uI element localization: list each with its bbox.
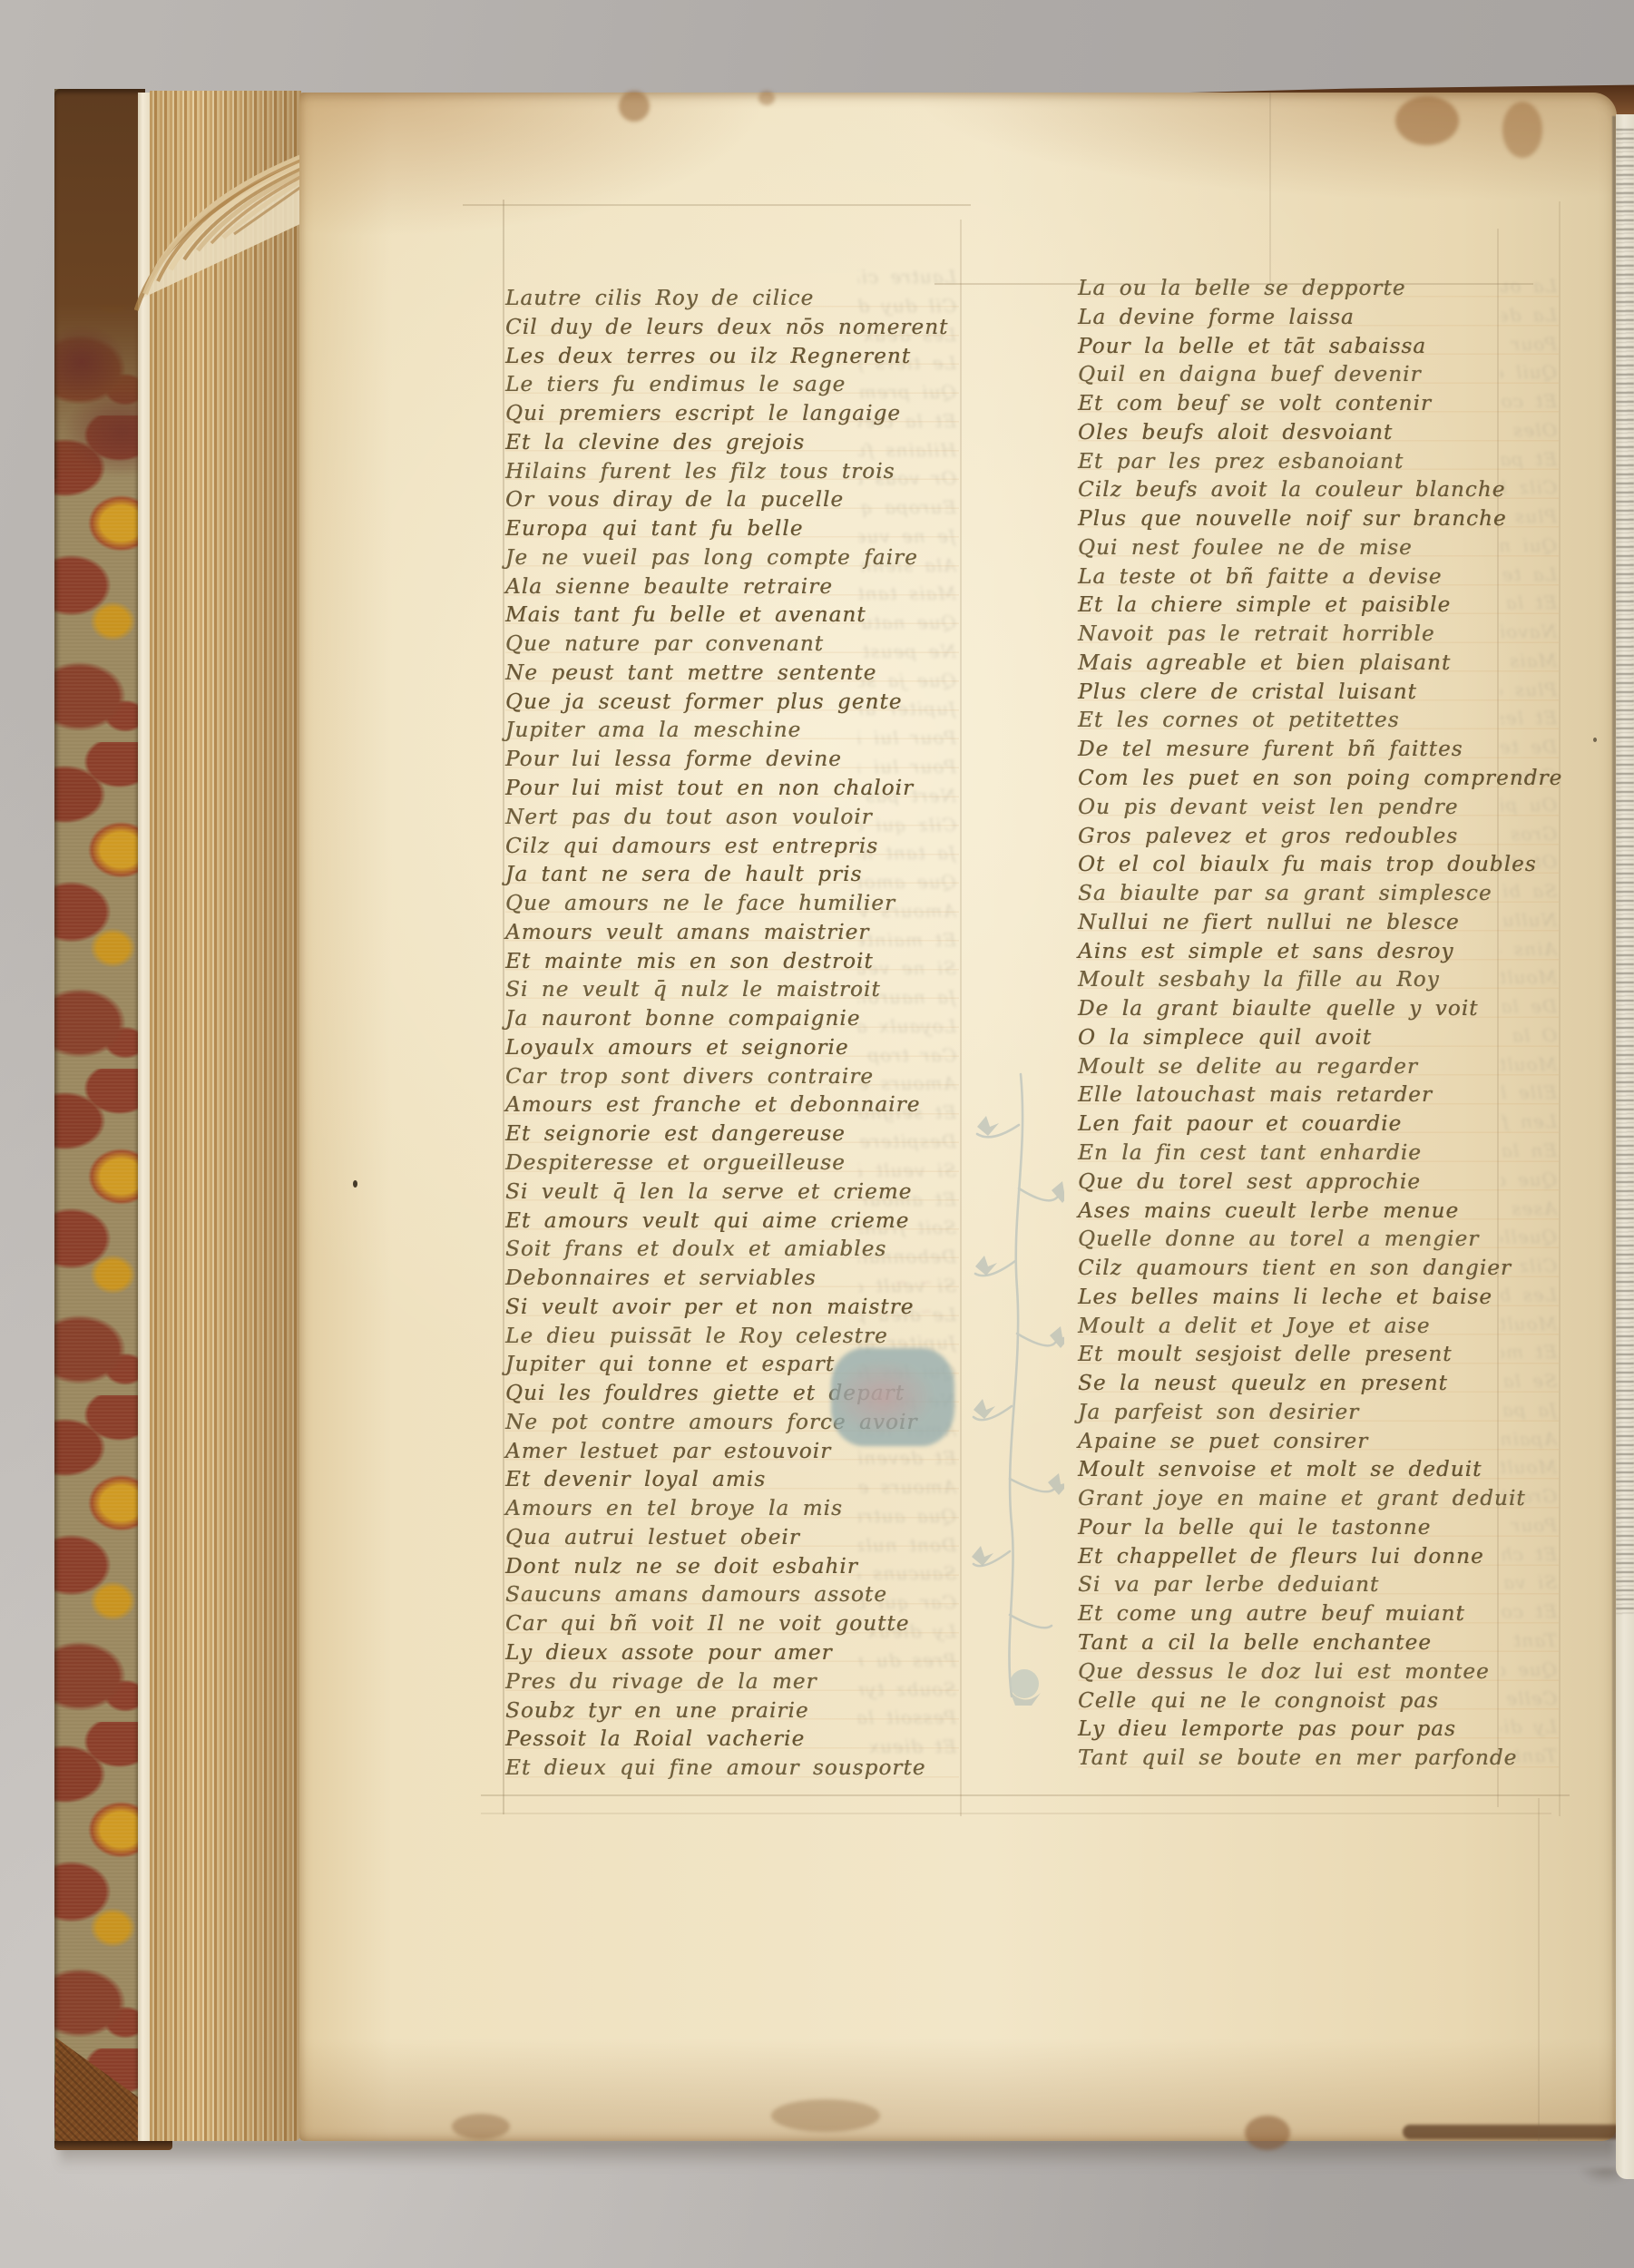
verse-line: Le tiers fu endimus le sage: [505, 371, 959, 400]
verse-line: Et moult sesjoist delle present: [1078, 1341, 1559, 1370]
verse-line: Pessoit la Roial vacherie: [505, 1725, 959, 1755]
verse-line: Despiteresse et orgueilleuse: [505, 1149, 959, 1178]
page-crease: [1269, 93, 1271, 283]
dark-speck: [353, 1180, 357, 1188]
verse-line: Saucuns amans damours assote: [505, 1581, 959, 1610]
verse-line: Si veult q̄ len la serve et crieme: [505, 1178, 959, 1207]
verse-line: Et la clevine des grejois: [505, 429, 959, 458]
verse-line: Ly dieu lemporte pas pour pas: [1078, 1716, 1559, 1745]
endpaper-edge: [138, 93, 150, 2141]
verse-line: La devine forme laissa: [1078, 304, 1559, 333]
page-crease: [1538, 1798, 1540, 2141]
right-text-column: La ou la belle se depporteLa devine form…: [1078, 275, 1559, 1774]
ruling-horizontal-bottom-2: [481, 1813, 1551, 1814]
verse-line: La teste ot bñ faitte a devise: [1078, 563, 1559, 592]
top-edge-stain: [619, 91, 650, 122]
verse-line: Cil duy de leurs deux nōs nomerent: [505, 314, 959, 343]
verse-line: Loyaulx amours et seignorie: [505, 1034, 959, 1063]
bottom-edge-stain: [1245, 2116, 1290, 2150]
verse-line: Que ja sceust former plus gente: [505, 689, 959, 718]
top-right-stain: [1502, 102, 1542, 158]
verse-line: Quil en daigna buef devenir: [1078, 361, 1559, 390]
ruling-vertical-margin: [1559, 201, 1561, 1816]
ruling-horizontal-bottom: [481, 1794, 1570, 1796]
verse-line: Quelle donne au torel a mengier: [1078, 1226, 1559, 1255]
leather-corner-top: [54, 89, 145, 479]
verse-line: La ou la belle se depporte: [1078, 275, 1559, 304]
adjacent-folio-edge: [1616, 114, 1634, 2179]
verse-line: Cilz qui damours est entrepris: [505, 833, 959, 862]
verse-line: Plus que nouvelle noif sur branche: [1078, 505, 1559, 534]
ruling-vertical-left: [503, 200, 504, 1814]
verse-line: Pres du rivage de la mer: [505, 1668, 959, 1697]
verse-line: Ly dieux assote pour amer: [505, 1639, 959, 1668]
left-text-column: Lautre cilis Roy de ciliceCil duy de leu…: [505, 285, 959, 1784]
verse-line: Pour lui lessa forme devine: [505, 746, 959, 775]
verse-line: Et les cornes ot petitettes: [1078, 707, 1559, 736]
verse-line: Les belles mains li leche et baise: [1078, 1284, 1559, 1313]
verse-line: Qui nest foulee ne de mise: [1078, 534, 1559, 563]
verse-line: Nert pas du tout ason vouloir: [505, 804, 959, 833]
book-drop-shadow: [60, 2137, 1617, 2168]
verse-line: Amours est franche et debonnaire: [505, 1091, 959, 1120]
verse-line: Jupiter ama la meschine: [505, 717, 959, 746]
verse-line: Qui premiers escript le langaige: [505, 400, 959, 429]
verse-line: Je ne vueil pas long compte faire: [505, 544, 959, 573]
top-right-stain: [1395, 96, 1459, 145]
verse-line: Si veult avoir per et non maistre: [505, 1294, 959, 1323]
verse-line: Celle qui ne le congnoist pas: [1078, 1687, 1559, 1716]
verse-line: Et seignorie est dangereuse: [505, 1120, 959, 1149]
verse-line: Mais agreable et bien plaisant: [1078, 650, 1559, 679]
verse-line: Mais tant fu belle et avenant: [505, 601, 959, 631]
ruling-vertical-intercolumn: [960, 220, 962, 1816]
verse-line: Ja parfeist son desirier: [1078, 1399, 1559, 1428]
verse-line: Sa biaulte par sa grant simplesce: [1078, 880, 1559, 909]
foliate-sprig-sketch: [964, 1070, 1064, 1715]
verse-line: Soit frans et doulx et amiables: [505, 1236, 959, 1265]
verse-line: Et amours veult qui aime crieme: [505, 1207, 959, 1237]
verse-line: Tant quil se boute en mer parfonde: [1078, 1745, 1559, 1774]
verse-line: Cilz quamours tient en son dangier: [1078, 1255, 1559, 1284]
verse-line: Europa qui tant fu belle: [505, 515, 959, 544]
verse-line: Lautre cilis Roy de cilice: [505, 285, 959, 314]
verse-line: Et la chiere simple et paisible: [1078, 591, 1559, 621]
verse-line: Car trop sont divers contraire: [505, 1063, 959, 1092]
verse-line: Grant joye en maine et grant deduit: [1078, 1485, 1559, 1514]
verse-line: Oles beufs aloit desvoiant: [1078, 419, 1559, 448]
verse-line: Hilains furent les filz tous trois: [505, 458, 959, 487]
verse-line: Ot el col biaulx fu mais trop doubles: [1078, 851, 1559, 880]
verse-line: Et mainte mis en son destroit: [505, 948, 959, 977]
verse-line: Nullui ne fiert nullui ne blesce: [1078, 909, 1559, 938]
adjacent-folio-text-blur: [1616, 129, 1634, 1617]
verse-line: Ja tant ne sera de hault pris: [505, 861, 959, 890]
verse-line: Ja nauront bonne compaignie: [505, 1005, 959, 1034]
verse-line: Amours en tel broye la mis: [505, 1495, 959, 1524]
verse-line: Ou pis devant veist len pendre: [1078, 794, 1559, 823]
manuscript-page: Lautre cilis Roy de ciliceCil duy de leu…: [299, 93, 1617, 2141]
verse-line: Cilz beufs avoit la couleur blanche: [1078, 476, 1559, 505]
verse-line: Moult se delite au regarder: [1078, 1053, 1559, 1082]
ruling-horizontal-top-left: [463, 204, 971, 206]
ink-stain-blue-rose: [831, 1348, 954, 1446]
verse-line: Len fait paour et couardie: [1078, 1110, 1559, 1139]
verse-line: De tel mesure furent bñ faittes: [1078, 736, 1559, 765]
verse-line: Apaine se puet consirer: [1078, 1428, 1559, 1457]
stacked-page-edges: [150, 91, 301, 2141]
verse-line: Gros palevez et gros redoubles: [1078, 823, 1559, 852]
cover-bottom-edge: [54, 2141, 172, 2150]
verse-line: Ala sienne beaulte retraire: [505, 573, 959, 602]
verse-line: Et dieux qui fine amour sousporte: [505, 1755, 959, 1784]
verse-line: O la simplece quil avoit: [1078, 1024, 1559, 1053]
verse-line: Moult a delit et Joye et aise: [1078, 1313, 1559, 1342]
verse-line: Et par les prez esbanoiant: [1078, 448, 1559, 477]
verse-line: Dont nulz ne se doit esbahir: [505, 1553, 959, 1582]
verse-line: Et come ung autre beuf muiant: [1078, 1600, 1559, 1629]
bottom-edge-stain: [771, 2099, 880, 2132]
verse-line: Tant a cil la belle enchantee: [1078, 1629, 1559, 1658]
verse-line: Ne peust tant mettre sentente: [505, 660, 959, 689]
verse-line: Se la neust queulz en present: [1078, 1370, 1559, 1399]
verse-line: Que du torel sest approchie: [1078, 1168, 1559, 1198]
bottom-edge-stain: [452, 2114, 510, 2139]
verse-line: Et devenir loyal amis: [505, 1466, 959, 1495]
verse-line: Le dieu puissāt le Roy celestre: [505, 1323, 959, 1352]
verse-line: Or vous diray de la pucelle: [505, 486, 959, 515]
verse-line: Soubz tyr en une prairie: [505, 1697, 959, 1726]
verse-line: Qua autrui lestuet obeir: [505, 1524, 959, 1553]
verse-line: Car qui bñ voit Il ne voit goutte: [505, 1610, 959, 1639]
top-edge-stain: [758, 91, 775, 105]
verse-line: Elle latouchast mais retarder: [1078, 1081, 1559, 1110]
dark-speck-small: [1593, 738, 1597, 742]
bottom-edge-dark-strip: [1403, 2125, 1634, 2139]
verse-line: En la fin cest tant enhardie: [1078, 1139, 1559, 1168]
verse-line: Ases mains cueult lerbe menue: [1078, 1198, 1559, 1227]
verse-line: Moult senvoise et molt se deduit: [1078, 1456, 1559, 1485]
verse-line: Com les puet en son poing comprendre: [1078, 765, 1559, 794]
verse-line: De la grant biaulte quelle y voit: [1078, 995, 1559, 1024]
verse-line: Amours veult amans maistrier: [505, 919, 959, 948]
verse-line: Ains est simple et sans desroy: [1078, 938, 1559, 967]
verse-line: Que amours ne le face humilier: [505, 890, 959, 919]
verse-line: Pour lui mist tout en non chaloir: [505, 775, 959, 804]
verse-line: Navoit pas le retrait horrible: [1078, 621, 1559, 650]
verse-line: Que nature par convenant: [505, 631, 959, 660]
verse-line: Pour la belle et tāt sabaissa: [1078, 333, 1559, 362]
verse-line: Debonnaires et serviables: [505, 1265, 959, 1294]
verse-line: Si va par lerbe deduiant: [1078, 1571, 1559, 1600]
verse-line: Pour la belle qui le tastonne: [1078, 1514, 1559, 1543]
verse-line: Plus clere de cristal luisant: [1078, 679, 1559, 708]
verse-line: Les deux terres ou ilz Regnerent: [505, 343, 959, 372]
verse-line: Et com beuf se volt contenir: [1078, 390, 1559, 419]
verse-line: Et chappellet de fleurs lui donne: [1078, 1543, 1559, 1572]
verse-line: Moult sesbahy la fille au Roy: [1078, 966, 1559, 995]
verse-line: Que dessus le doz lui est montee: [1078, 1658, 1559, 1687]
verse-line: Si ne veult q̄ nulz le maistroit: [505, 976, 959, 1005]
